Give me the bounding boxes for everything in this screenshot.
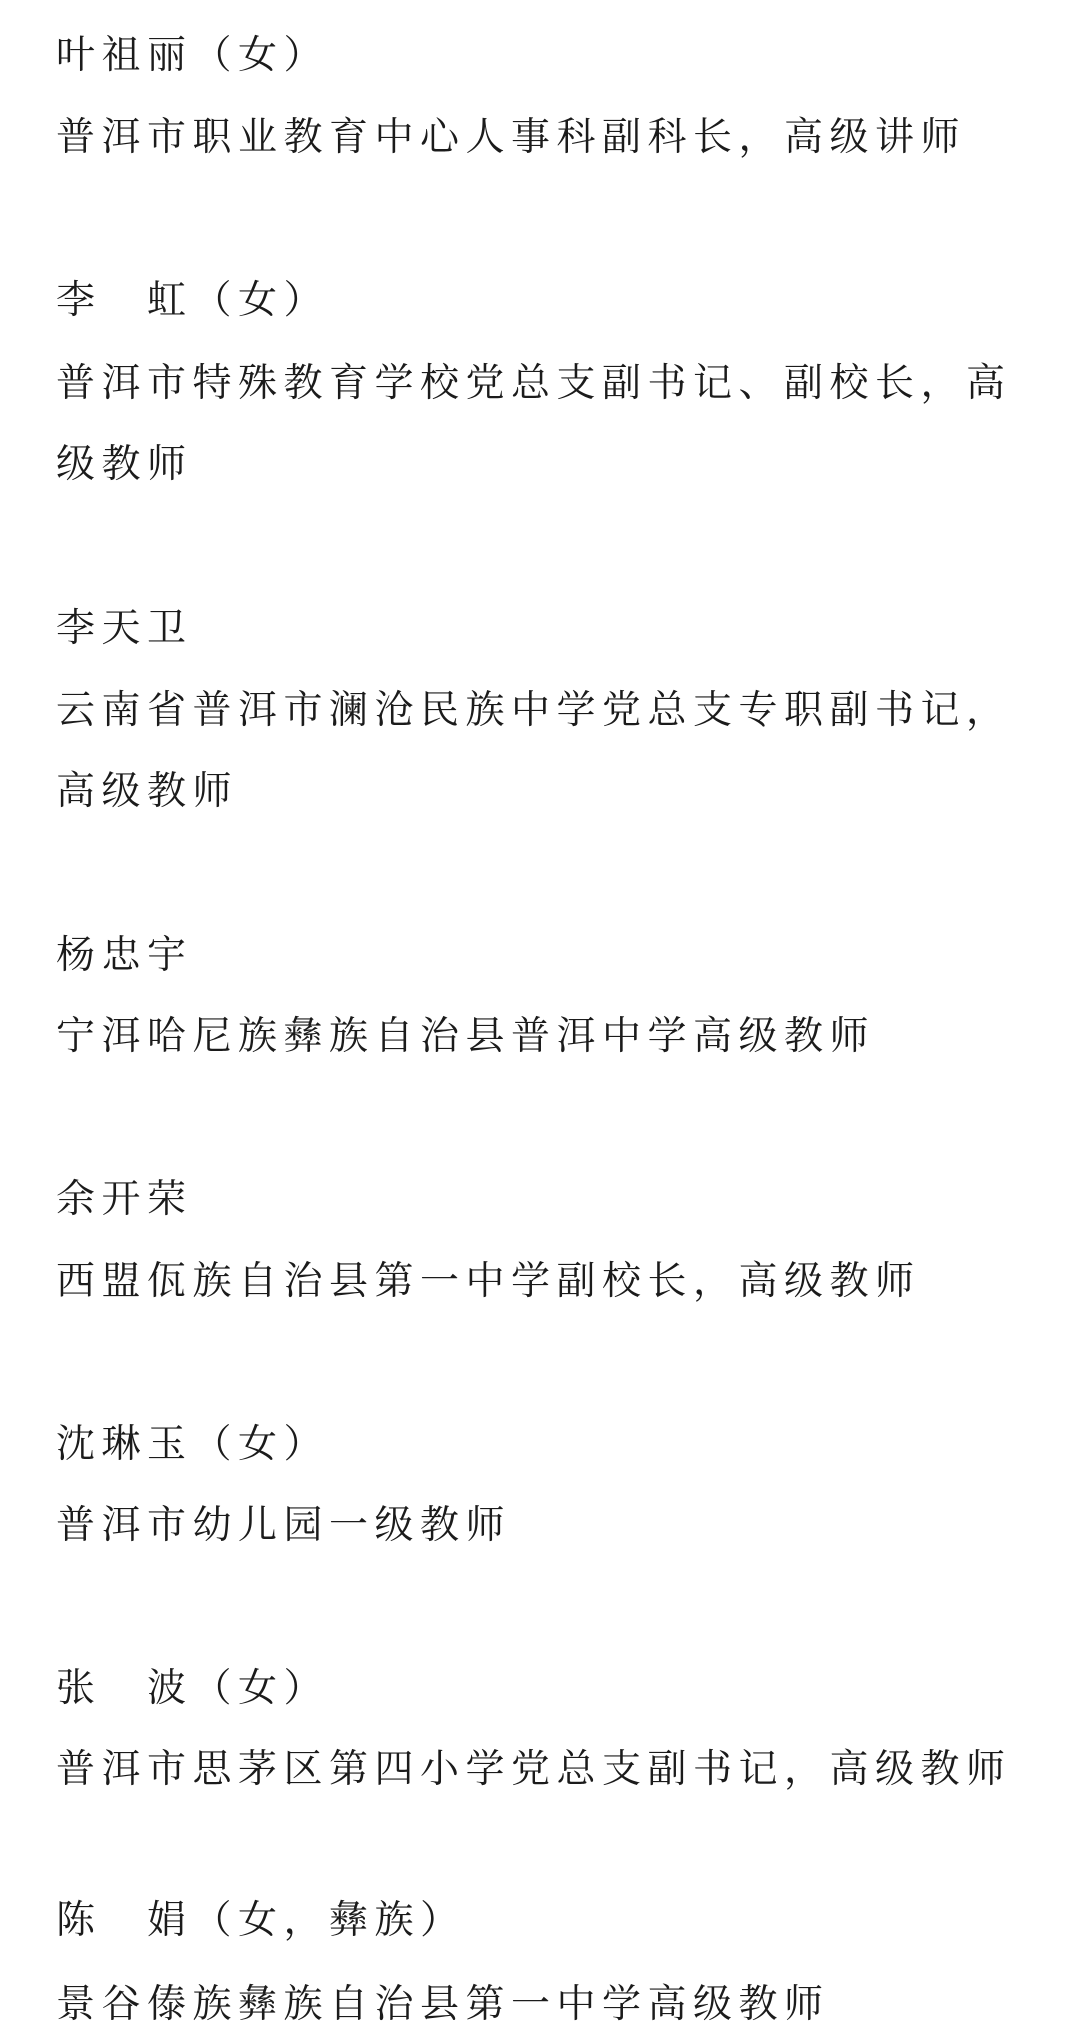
entry-name: 余开荣	[56, 1177, 193, 1223]
entry-description: 高级教师	[56, 769, 238, 815]
entry-name: 叶祖丽（女）	[56, 33, 329, 79]
entry-name: 陈 娟（女，彝族）	[56, 1898, 466, 1944]
entry-name: 张 波（女）	[56, 1666, 329, 1712]
entry-description: 景谷傣族彝族自治县第一中学高级教师	[56, 1982, 830, 2023]
entry-description: 级教师	[56, 442, 193, 488]
entry-description: 宁洱哈尼族彝族自治县普洱中学高级教师	[56, 1014, 875, 1060]
entry-description: 普洱市职业教育中心人事科副科长，高级讲师	[56, 115, 966, 161]
entry-name: 杨忠宇	[56, 933, 193, 979]
entry-description: 普洱市幼儿园一级教师	[56, 1503, 511, 1549]
entry-description: 普洱市特殊教育学校党总支副书记、副校长，高	[56, 361, 1012, 407]
entry-description: 云南省普洱市澜沧民族中学党总支专职副书记，	[56, 688, 1012, 734]
entry-description: 普洱市思茅区第四小学党总支副书记，高级教师	[56, 1747, 1012, 1793]
entry-name: 李 虹（女）	[56, 278, 329, 324]
entry-description: 西盟佤族自治县第一中学副校长，高级教师	[56, 1259, 921, 1305]
entry-name: 李天卫	[56, 606, 193, 652]
entry-name: 沈琳玉（女）	[56, 1422, 329, 1468]
